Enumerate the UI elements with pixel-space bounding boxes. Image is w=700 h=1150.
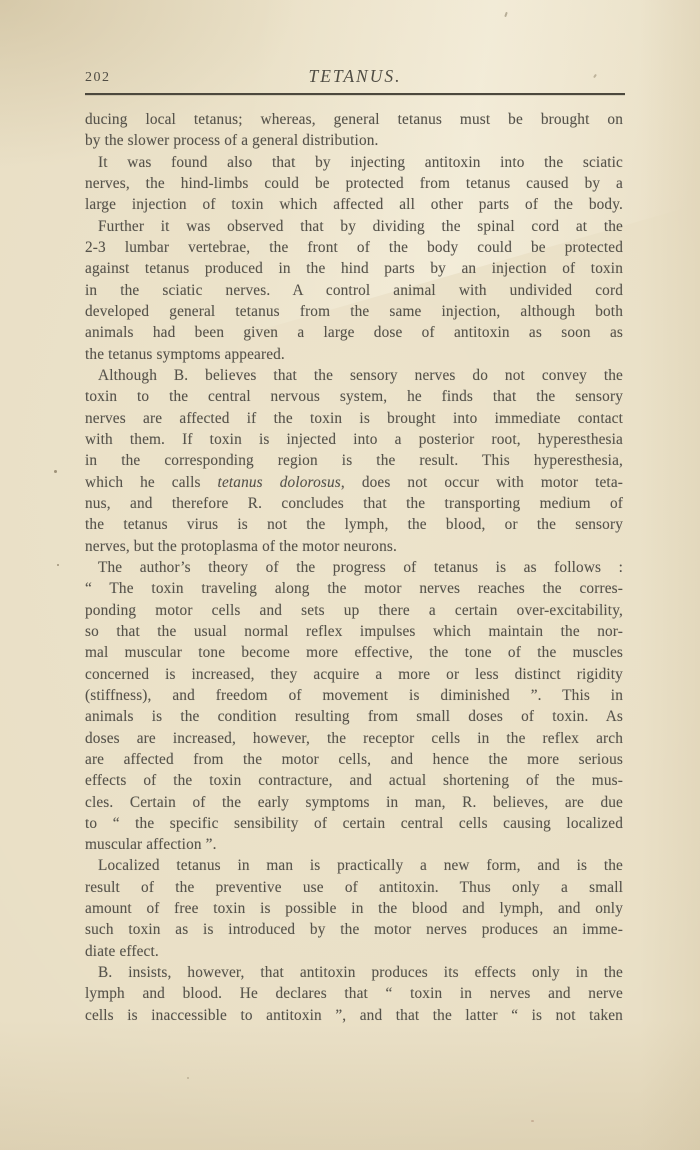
running-title: TETANUS.: [85, 66, 625, 87]
text-line: animals had been given a large dose of a…: [85, 322, 623, 343]
text-line: to “ the specific sensibility of certain…: [85, 813, 623, 834]
text-line: so that the usual normal reflex impulses…: [85, 621, 623, 642]
scan-shading-bottom: [0, 1020, 700, 1150]
text-line: diate effect.: [85, 941, 623, 962]
text-line: nerves are affected if the toxin is brou…: [85, 408, 623, 429]
text-line: in the corresponding region is the resul…: [85, 450, 623, 471]
page-body: ducing local tetanus; whereas, general t…: [85, 109, 623, 1026]
text-line: effects of the toxin contracture, and ac…: [85, 770, 623, 791]
text-line: Further it was observed that by dividing…: [85, 216, 623, 237]
text-line: nerves, but the protoplasma of the motor…: [85, 536, 623, 557]
paper-speck: [187, 1077, 189, 1079]
page-number: 202: [85, 70, 111, 86]
text-line: nerves, the hind-limbs could be protecte…: [85, 173, 623, 194]
text-line: Localized tetanus in man is practically …: [85, 855, 623, 876]
paper-speck: [531, 1120, 534, 1122]
text-segment: which he calls: [85, 474, 218, 491]
text-line: (stiffness), and freedom of movement is …: [85, 685, 623, 706]
text-line: cells is inaccessible to antitoxin ”, an…: [85, 1005, 623, 1026]
text-line: ducing local tetanus; whereas, general t…: [85, 109, 623, 130]
text-line: “ The toxin traveling along the motor ne…: [85, 578, 623, 599]
text-line: which he calls tetanus dolorosus, does n…: [85, 472, 623, 493]
text-line: such toxin as is introduced by the motor…: [85, 919, 623, 940]
text-line: by the slower process of a general distr…: [85, 130, 623, 151]
text-line: amount of free toxin is possible in the …: [85, 898, 623, 919]
text-line: animals is the condition resulting from …: [85, 706, 623, 727]
text-line: the tetanus virus is not the lymph, the …: [85, 514, 623, 535]
text-segment: , does not occur with motor teta-: [341, 474, 623, 491]
text-line: nus, and therefore R. concludes that the…: [85, 493, 623, 514]
text-line: concerned is increased, they acquire a m…: [85, 664, 623, 685]
text-line: mal muscular tone become more effective,…: [85, 642, 623, 663]
page-header: 202 TETANUS.: [85, 66, 625, 88]
text-line: developed general tetanus from the same …: [85, 301, 623, 322]
text-line: 2-3 lumbar vertebrae, the front of the b…: [85, 237, 623, 258]
text-line: large injection of toxin which affected …: [85, 194, 623, 215]
text-line: the tetanus symptoms appeared.: [85, 344, 623, 365]
text-line: It was found also that by injecting anti…: [85, 152, 623, 173]
text-line: muscular affection ”.: [85, 834, 623, 855]
text-line: ponding motor cells and sets up there a …: [85, 600, 623, 621]
scan-shading-right: [640, 0, 700, 1150]
paper-speck: [504, 12, 508, 17]
text-line: in the sciatic nerves. A control animal …: [85, 280, 623, 301]
text-line: toxin to the central nervous system, he …: [85, 386, 623, 407]
text-line: result of the preventive use of antitoxi…: [85, 877, 623, 898]
paper-speck: [57, 564, 59, 566]
text-line: Although B. believes that the sensory ne…: [85, 365, 623, 386]
text-line: against tetanus produced in the hind par…: [85, 258, 623, 279]
italic-term: tetanus dolorosus: [218, 474, 341, 491]
text-line: The author’s theory of the progress of t…: [85, 557, 623, 578]
text-line: with them. If toxin is injected into a p…: [85, 429, 623, 450]
paper-speck: [54, 470, 57, 473]
text-line: B. insists, however, that antitoxin prod…: [85, 962, 623, 983]
header-rule: [85, 93, 625, 95]
book-page: 202 TETANUS. ducing local tetanus; where…: [0, 0, 700, 1150]
text-line: are affected from the motor cells, and h…: [85, 749, 623, 770]
text-line: lymph and blood. He declares that “ toxi…: [85, 983, 623, 1004]
text-line: doses are increased, however, the recept…: [85, 728, 623, 749]
text-line: cles. Certain of the early symptoms in m…: [85, 792, 623, 813]
